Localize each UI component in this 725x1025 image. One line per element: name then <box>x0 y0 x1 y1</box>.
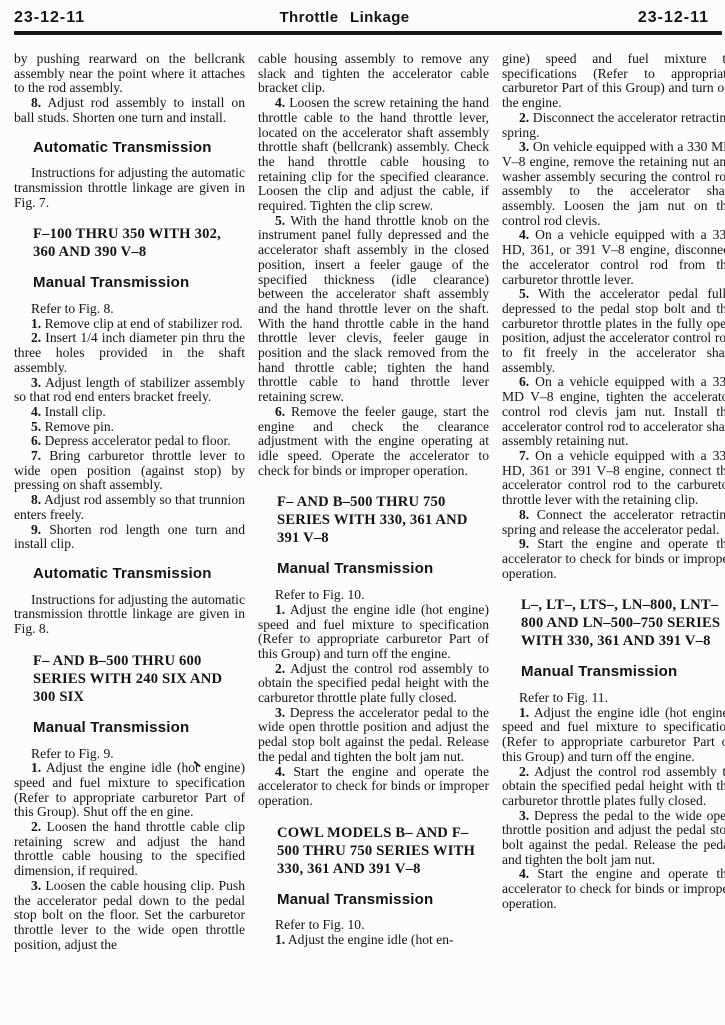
paragraph-continuation: gine) speed and fuel mixture to specific… <box>502 52 725 111</box>
numbered-step: 9. Start the engine and operate the acce… <box>502 537 725 581</box>
step-number: 8. <box>31 95 41 110</box>
paragraph: Instructions for adjusting the automatic… <box>14 166 245 210</box>
step-number: 9. <box>31 522 41 537</box>
numbered-step: 1. Adjust the engine idle (hot engine) s… <box>258 603 489 662</box>
step-number: 1. <box>31 760 41 775</box>
column-2: cable housing assembly to remove any sla… <box>258 52 489 952</box>
numbered-step: 1. Adjust the engine idle (hot engine) s… <box>502 706 725 765</box>
section-heading: Automatic Transmission <box>33 141 245 156</box>
step-number: 7. <box>519 448 529 463</box>
step-number: 2. <box>31 819 41 834</box>
section-heading: Manual Transmission <box>277 893 489 908</box>
numbered-step: 4. Loosen the screw retaining the hand t… <box>258 96 489 214</box>
paragraph: Instructions for adjusting the automatic… <box>14 593 245 637</box>
numbered-step: 2. Loosen the hand throttle cable clip r… <box>14 820 245 879</box>
numbered-step: 3. On vehicle equipped with a 330 MD V–8… <box>502 140 725 228</box>
section-heading: Manual Transmission <box>33 721 245 736</box>
step-number: 3. <box>31 878 41 893</box>
step-number: 1. <box>519 705 529 720</box>
step-number: 5. <box>519 286 529 301</box>
numbered-step: 7. On a vehicle equipped with a 330 HD, … <box>502 449 725 508</box>
section-heading: Manual Transmission <box>521 665 725 680</box>
step-number: 1. <box>275 602 285 617</box>
numbered-step: 3. Depress the pedal to the wide open th… <box>502 809 725 868</box>
numbered-step: 3. Depress the accelerator pedal to the … <box>258 706 489 765</box>
numbered-step: 8. Adjust rod assembly to install on bal… <box>14 96 245 125</box>
step-number: 3. <box>519 808 529 823</box>
numbered-step: 6. Remove the feeler gauge, start the en… <box>258 405 489 479</box>
step-number: 7. <box>31 448 41 463</box>
numbered-step: 4. Start the engine and operate the acce… <box>502 867 725 911</box>
step-number: 3. <box>31 375 41 390</box>
section-heading: Manual Transmission <box>277 562 489 577</box>
step-number: 5. <box>275 213 285 228</box>
numbered-step: 5. With the hand throttle knob on the in… <box>258 214 489 405</box>
step-number: 2. <box>275 661 285 676</box>
page-header: 23-12-11 Throttle Linkage 23-12-11 <box>0 0 725 27</box>
numbered-step: 4. On a vehicle equipped with a 330 HD, … <box>502 228 725 287</box>
column-3: gine) speed and fuel mixture to specific… <box>502 52 725 952</box>
numbered-step: 4. Install clip. <box>14 405 245 420</box>
step-number: 2. <box>519 764 529 779</box>
step-number: 4. <box>275 764 285 779</box>
step-number: 3. <box>275 705 285 720</box>
step-number: 6. <box>275 404 285 419</box>
numbered-step: 6. On a vehicle equipped with a 330 MD V… <box>502 375 725 449</box>
paragraph-continuation: by pushing rearward on the bellcrank ass… <box>14 52 245 96</box>
step-number: 4. <box>31 404 41 419</box>
series-subheading: F– AND B–500 THRU 600 SERIES WITH 240 SI… <box>33 652 245 706</box>
figure-reference: Refer to Fig. 10. <box>258 588 489 603</box>
numbered-step: 2. Insert 1/4 inch diameter pin thru the… <box>14 331 245 375</box>
numbered-step: 8. Connect the accelerator retracting sp… <box>502 508 725 537</box>
figure-reference: Refer to Fig. 8. <box>14 302 245 317</box>
step-number: 4. <box>519 227 529 242</box>
series-subheading: COWL MODELS B– AND F–500 THRU 750 SERIES… <box>277 824 489 878</box>
figure-reference: Refer to Fig. 9. <box>14 747 245 762</box>
step-number: 4. <box>519 866 529 881</box>
step-number: 8. <box>519 507 529 522</box>
series-subheading: F– AND B–500 THRU 750 SERIES WITH 330, 3… <box>277 493 489 547</box>
step-number: 2. <box>519 110 529 125</box>
numbered-step: 1. Adjust the engine idle (hot en- <box>258 933 489 948</box>
numbered-step: 8. Adjust rod assembly so that trunnion … <box>14 493 245 522</box>
page-number-left: 23-12-11 <box>14 9 85 27</box>
step-number: 2. <box>31 330 41 345</box>
step-number: 6. <box>31 433 41 448</box>
numbered-step: 9. Shorten rod length one turn and insta… <box>14 523 245 552</box>
figure-reference: Refer to Fig. 11. <box>502 691 725 706</box>
series-subheading: F–100 THRU 350 WITH 302, 360 AND 390 V–8 <box>33 225 245 261</box>
numbered-step: 2. Adjust the control rod assembly to ob… <box>258 662 489 706</box>
step-number: 5. <box>31 419 41 434</box>
figure-reference: Refer to Fig. 10. <box>258 918 489 933</box>
step-number: 1. <box>275 932 285 947</box>
numbered-step: 3. Loosen the cable housing clip. Push t… <box>14 879 245 953</box>
numbered-step: 3. Adjust length of stabilizer assembly … <box>14 376 245 405</box>
numbered-step: 1. Remove clip at end of stabilizer rod. <box>14 317 245 332</box>
paragraph-continuation: cable housing assembly to remove any sla… <box>258 52 489 96</box>
section-heading: Automatic Transmission <box>33 567 245 582</box>
numbered-step: 1. Adjust the engine idle (hot engine) s… <box>14 761 245 820</box>
numbered-step: 5. Remove pin. <box>14 420 245 435</box>
column-1: by pushing rearward on the bellcrank ass… <box>14 52 245 952</box>
step-number: 4. <box>275 95 285 110</box>
series-subheading: L–, LT–, LTS–, LN–800, LNT–800 AND LN–50… <box>521 596 725 650</box>
manual-page: 23-12-11 Throttle Linkage 23-12-11 by pu… <box>0 0 725 1025</box>
step-number: 1. <box>31 316 41 331</box>
numbered-step: 2. Disconnect the accelerator retracting… <box>502 111 725 140</box>
numbered-step: 7. Bring carburetor throttle lever to wi… <box>14 449 245 493</box>
numbered-step: 2. Adjust the control rod assembly to ob… <box>502 765 725 809</box>
page-number-right: 23-12-11 <box>638 9 709 27</box>
section-heading: Manual Transmission <box>33 276 245 291</box>
step-number: 8. <box>31 492 41 507</box>
step-number: 9. <box>519 536 529 551</box>
text-columns: by pushing rearward on the bellcrank ass… <box>0 35 725 952</box>
numbered-step: 5. With the accelerator pedal fully depr… <box>502 287 725 375</box>
step-number: 6. <box>519 374 529 389</box>
numbered-step: 6. Depress accelerator pedal to floor. <box>14 434 245 449</box>
page-title: Throttle Linkage <box>279 9 409 26</box>
step-number: 3. <box>519 139 529 154</box>
numbered-step: 4. Start the engine and operate the acce… <box>258 765 489 809</box>
